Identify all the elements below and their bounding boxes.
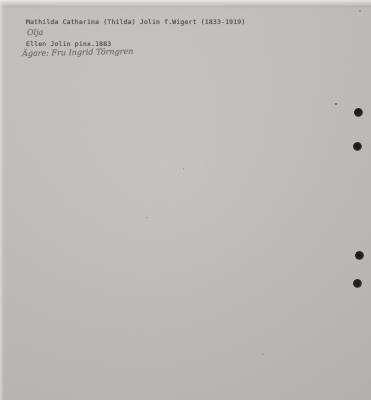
punch-holes — [0, 0, 371, 400]
paper-speck — [335, 103, 337, 105]
punch-hole-3 — [355, 251, 364, 260]
paper-speck — [183, 168, 184, 170]
punch-hole-4 — [353, 279, 362, 288]
scanned-archive-card: Mathilda Catharina (Thilda) Jolin f.Wige… — [0, 0, 371, 400]
paper-speck — [262, 353, 264, 355]
paper-speck — [146, 217, 148, 218]
punch-hole-2 — [353, 142, 362, 151]
punch-hole-1 — [354, 108, 363, 117]
paper-speck — [359, 10, 361, 12]
